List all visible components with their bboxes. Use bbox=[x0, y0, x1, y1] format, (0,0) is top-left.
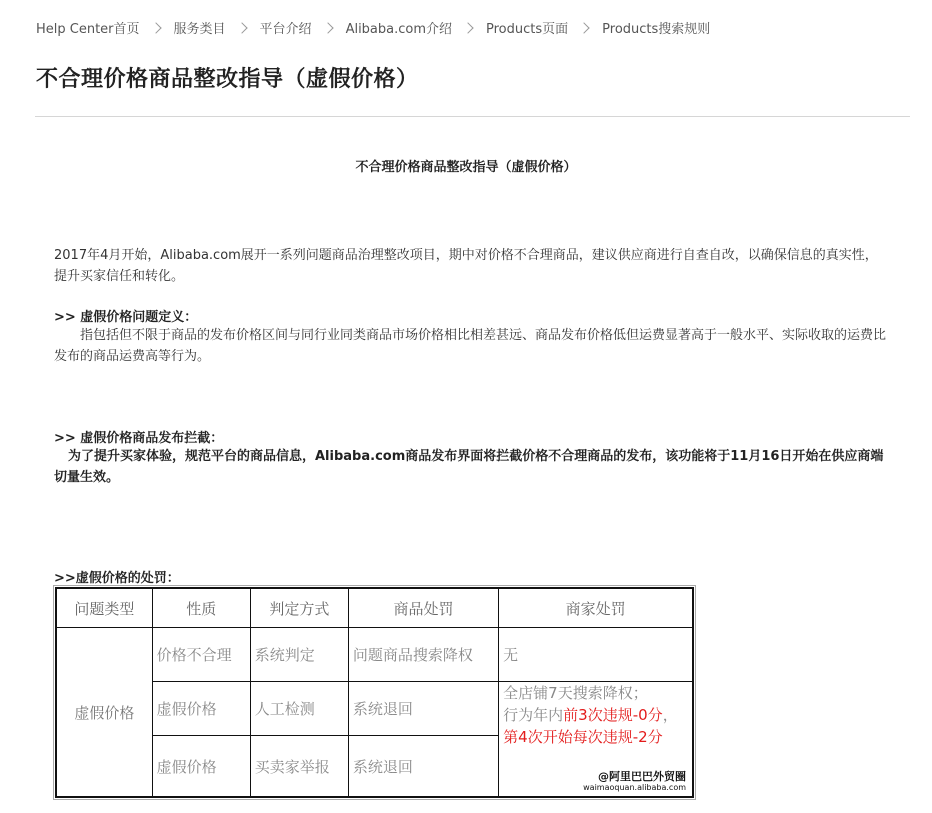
merchant-penalty-line3: 第4次开始每次违规-2分 bbox=[503, 726, 688, 748]
breadcrumb-products-page[interactable]: Products页面 bbox=[486, 18, 568, 37]
section-definition-heading: >> 虚假价格问题定义： bbox=[54, 306, 197, 325]
breadcrumb-products-search-rules[interactable]: Products搜索规则 bbox=[602, 18, 710, 37]
method-cell: 系统判定 bbox=[250, 628, 348, 682]
issue-type-cell: 虚假价格 bbox=[56, 628, 152, 797]
watermark-name: @阿里巴巴外贸圈 bbox=[583, 771, 686, 782]
chevron-right-icon bbox=[236, 22, 247, 33]
merchant-penalty-shared-cell: 全店铺7天搜索降权； 行为年内前3次违规-0分， 第4次开始每次违规-2分 @阿… bbox=[499, 682, 693, 797]
nature-cell: 虚假价格 bbox=[152, 682, 250, 736]
header-issue-type: 问题类型 bbox=[56, 588, 152, 628]
chevron-right-icon bbox=[578, 22, 589, 33]
table-header-row: 问题类型 性质 判定方式 商品处罚 商家处罚 bbox=[56, 588, 693, 628]
chevron-right-icon bbox=[322, 22, 333, 33]
title-divider bbox=[35, 116, 910, 117]
breadcrumb-alibaba-intro[interactable]: Alibaba.com介绍 bbox=[346, 18, 452, 37]
breadcrumb-platform-intro[interactable]: 平台介绍 bbox=[260, 18, 312, 37]
chevron-right-icon bbox=[150, 22, 161, 33]
table-row: 虚假价格 价格不合理 系统判定 问题商品搜索降权 无 bbox=[56, 628, 693, 682]
header-nature: 性质 bbox=[152, 588, 250, 628]
section-interception-body: 为了提升买家体验，规范平台的商品信息，Alibaba.com商品发布界面将拦截价… bbox=[54, 446, 890, 488]
header-product-penalty: 商品处罚 bbox=[348, 588, 498, 628]
product-penalty-cell: 系统退回 bbox=[348, 736, 498, 797]
page-title: 不合理价格商品整改指导（虚假价格） bbox=[36, 62, 419, 93]
breadcrumb: Help Center首页 服务类目 平台介绍 Alibaba.com介绍 Pr… bbox=[36, 18, 710, 37]
chevron-right-icon bbox=[462, 22, 473, 33]
header-method: 判定方式 bbox=[250, 588, 348, 628]
breadcrumb-help-center[interactable]: Help Center首页 bbox=[36, 18, 140, 37]
table-row: 虚假价格 人工检测 系统退回 全店铺7天搜索降权； 行为年内前3次违规-0分， … bbox=[56, 682, 693, 736]
penalty-table: 问题类型 性质 判定方式 商品处罚 商家处罚 虚假价格 价格不合理 系统判定 问… bbox=[55, 587, 694, 798]
merchant-penalty-cell: 无 bbox=[499, 628, 693, 682]
line2-highlight: 前3次违规-0分 bbox=[563, 706, 663, 724]
product-penalty-cell: 系统退回 bbox=[348, 682, 498, 736]
line2-suffix: ， bbox=[663, 706, 678, 724]
intro-paragraph: 2017年4月开始，Alibaba.com展开一系列问题商品治理整改项目，期中对… bbox=[54, 245, 890, 287]
merchant-penalty-line2: 行为年内前3次违规-0分， bbox=[503, 704, 688, 726]
method-cell: 人工检测 bbox=[250, 682, 348, 736]
method-cell: 买卖家举报 bbox=[250, 736, 348, 797]
nature-cell: 价格不合理 bbox=[152, 628, 250, 682]
section-interception-heading: >> 虚假价格商品发布拦截： bbox=[54, 427, 223, 446]
watermark: @阿里巴巴外贸圈 waimaoquan.alibaba.com bbox=[583, 771, 686, 793]
header-merchant-penalty: 商家处罚 bbox=[499, 588, 693, 628]
breadcrumb-service-category[interactable]: 服务类目 bbox=[174, 18, 226, 37]
section-definition-body: 指包括但不限于商品的发布价格区间与同行业同类商品市场价格相比相差甚远、商品发布价… bbox=[54, 325, 890, 367]
merchant-penalty-line1: 全店铺7天搜索降权； bbox=[503, 682, 688, 704]
watermark-url: waimaoquan.alibaba.com bbox=[583, 782, 686, 793]
nature-cell: 虚假价格 bbox=[152, 736, 250, 797]
product-penalty-cell: 问题商品搜索降权 bbox=[348, 628, 498, 682]
article-title: 不合理价格商品整改指导（虚假价格） bbox=[0, 156, 932, 175]
section-penalty-heading: >>虚假价格的处罚： bbox=[54, 567, 180, 586]
line2-prefix: 行为年内 bbox=[503, 706, 563, 724]
